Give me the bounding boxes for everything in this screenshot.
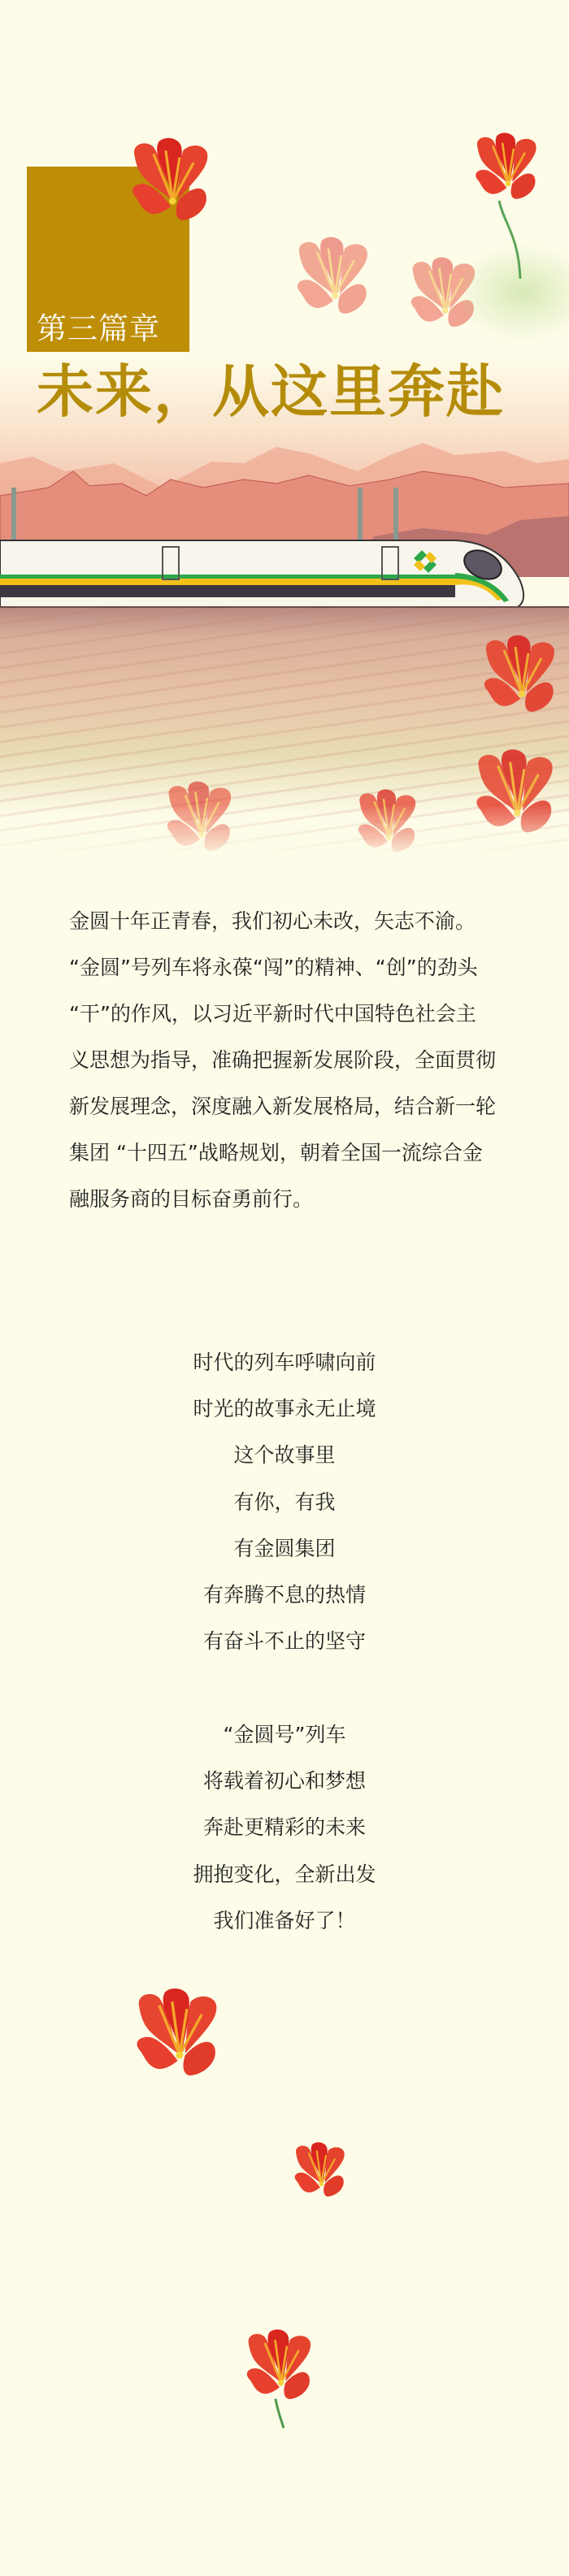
poem-line: 有金圆集团 — [0, 1525, 569, 1572]
intro-line: 融服务商的目标奋勇前行。 — [69, 1176, 512, 1222]
fade-overlay — [0, 804, 569, 861]
poem-line: 我们准备好了！ — [0, 1897, 569, 1944]
poem-line: 将载着初心和梦想 — [0, 1758, 569, 1804]
poem-line: 时代的列车呼啸向前 — [0, 1339, 569, 1386]
chapter-label: 第三篇章 — [37, 313, 160, 345]
intro-line: “金圆”号列车将永葆“闯”的精神、“创”的劲头 — [69, 944, 512, 991]
poem-line: 拥抱变化，全新出发 — [0, 1851, 569, 1897]
poem-line: 有你，有我 — [0, 1479, 569, 1525]
intro-line: 新发展理念，深度融入新发展格局，结合新一轮 — [69, 1083, 512, 1130]
poem-stanza-2: “金圆号”列车 将载着初心和梦想 奔赴更精彩的未来 拥抱变化，全新出发 我们准备… — [0, 1711, 569, 1944]
flower-icon — [124, 137, 236, 232]
poem-line: “金圆号”列车 — [0, 1711, 569, 1758]
flower-icon — [465, 132, 562, 209]
flower-icon — [284, 2141, 367, 2205]
poem-line: 有奔腾不息的热情 — [0, 1572, 569, 1618]
intro-line: 金圆十年正青春，我们初心未改，矢志不渝。 — [69, 898, 512, 944]
poem-line: 这个故事里 — [0, 1432, 569, 1478]
poem-stanza-1: 时代的列车呼啸向前 时光的故事永无止境 这个故事里 有你，有我 有金圆集团 有奔… — [0, 1339, 569, 1664]
poem-line: 时光的故事永无止境 — [0, 1386, 569, 1432]
faded-flower-icon — [293, 236, 390, 325]
intro-paragraph: 金圆十年正青春，我们初心未改，矢志不渝。 “金圆”号列车将永葆“闯”的精神、“创… — [69, 898, 512, 1222]
intro-line: 义思想为指导，准确把握新发展阶段，全面贯彻 — [69, 1037, 512, 1083]
intro-line: 集团 “十四五”战略规划，朝着全国一流综合金 — [69, 1130, 512, 1176]
poem-line: 奔赴更精彩的未来 — [0, 1804, 569, 1850]
flower-icon — [126, 1987, 248, 2088]
flower-icon — [480, 634, 569, 723]
intro-line: “干”的作风，以习近平新时代中国特色社会主 — [69, 991, 512, 1037]
hero-illustration: 第三篇章 未来，从这里奔赴 — [0, 0, 569, 861]
flower-stem — [496, 199, 528, 280]
poem-line: 有奋斗不止的坚守 — [0, 1618, 569, 1664]
flower-stem — [272, 2397, 289, 2430]
page-title: 未来，从这里奔赴 — [37, 358, 505, 426]
train-illustration — [0, 532, 536, 614]
